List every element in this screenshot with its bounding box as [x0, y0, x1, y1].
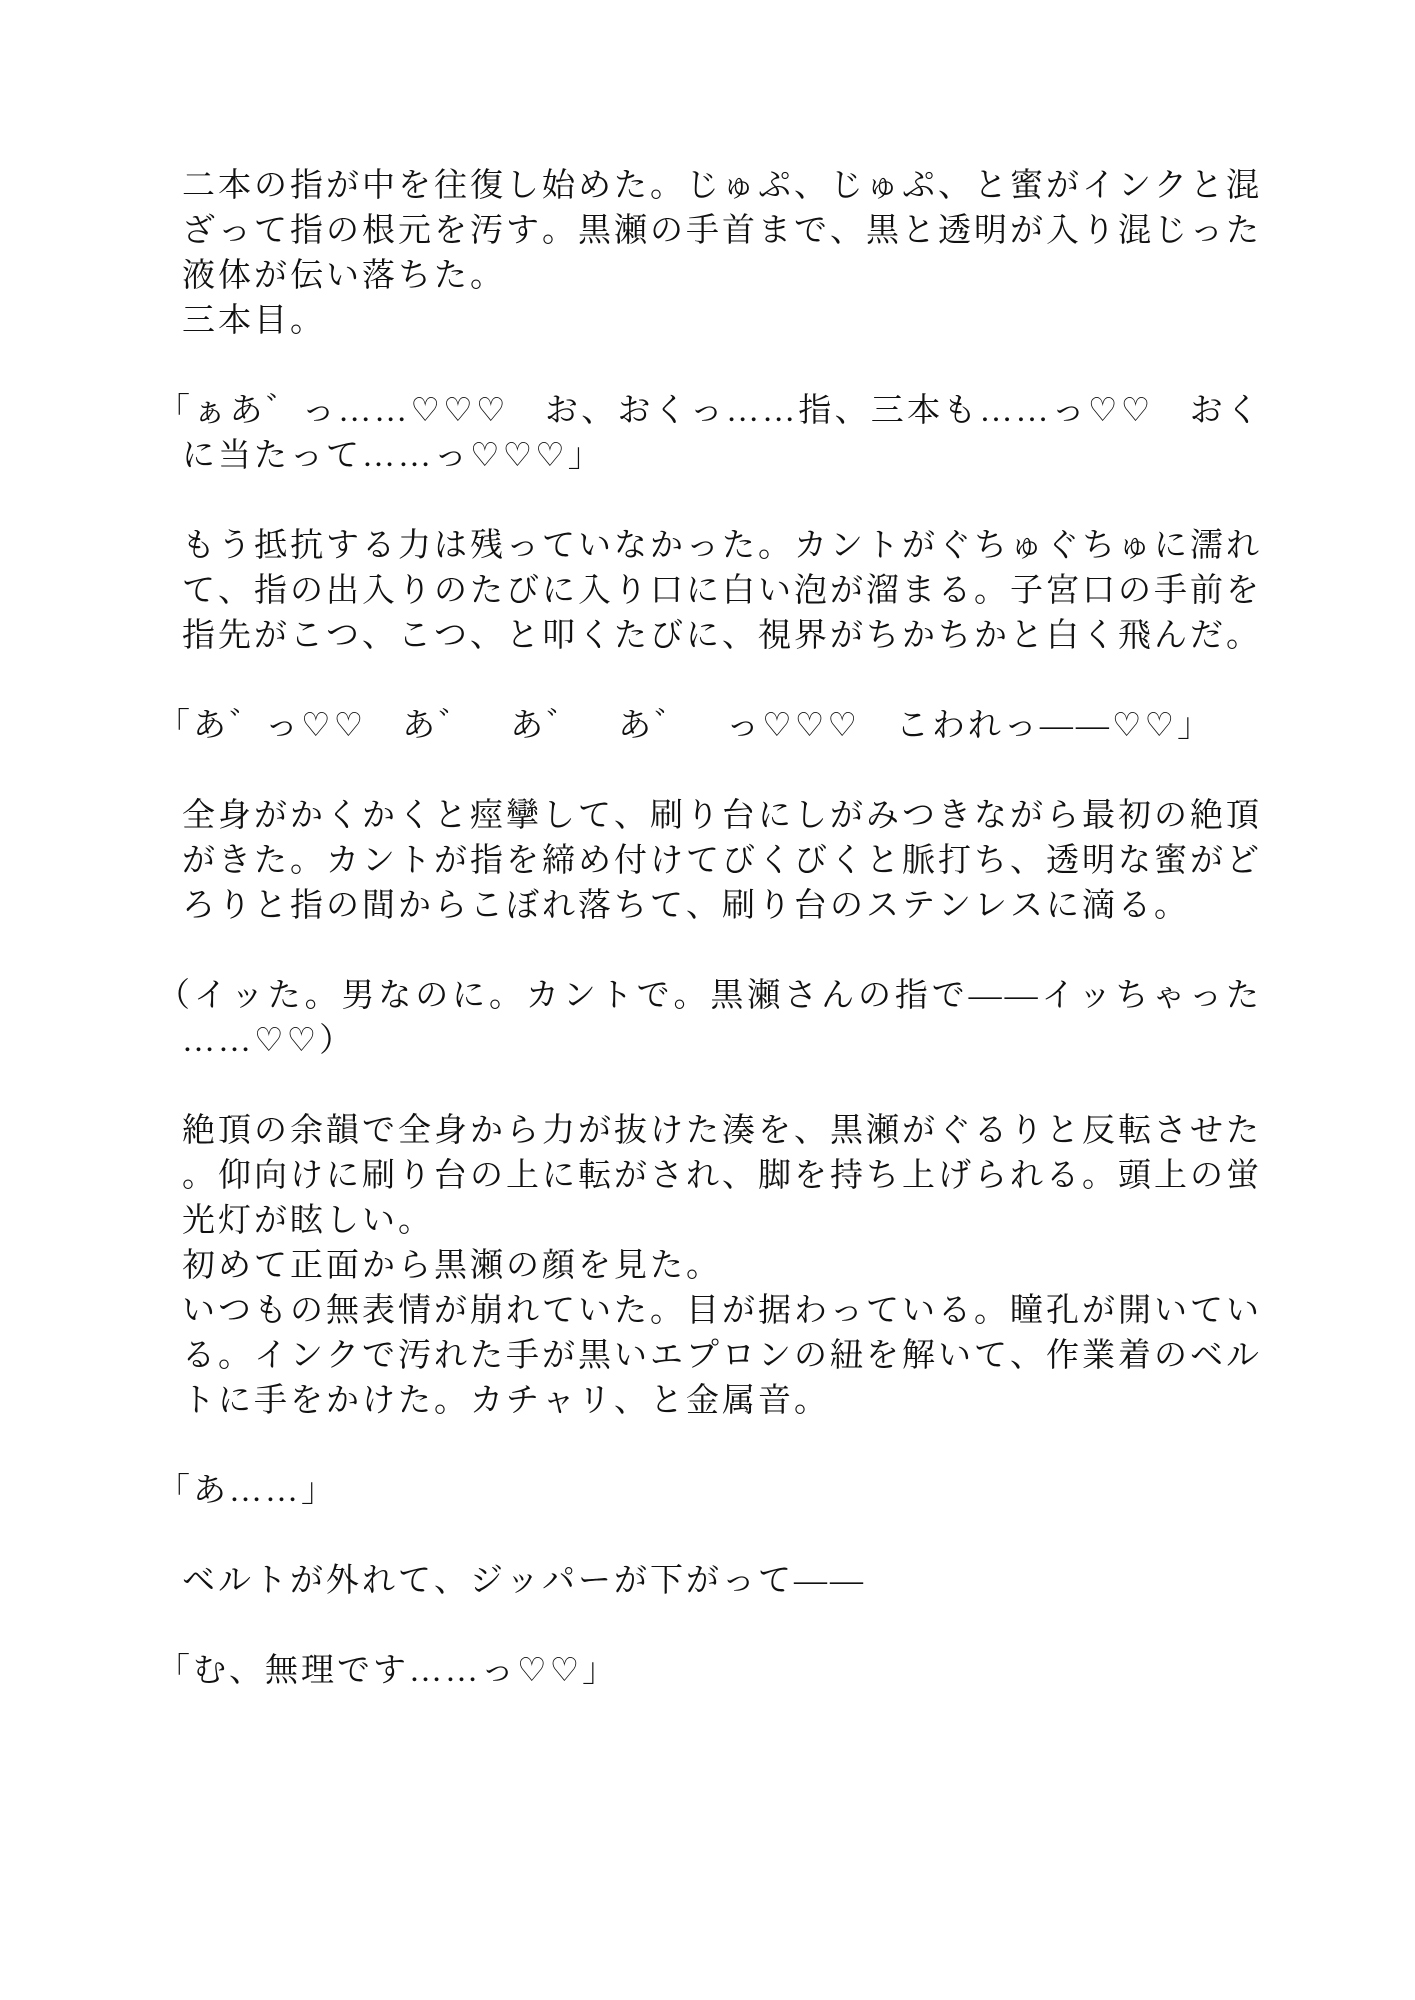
text-line: 絶頂の余韻で全身から力が抜けた湊を、黒瀬がぐるりと反転させた。仰向けに刷り台の上…	[182, 1109, 1262, 1244]
paragraph: 「ぁあ゛っ……♡♡♡ お、おくっ……指、三本も……っ♡♡ おくに当たって……っ♡…	[182, 389, 1262, 479]
text-line: 「あ……」	[182, 1469, 1262, 1514]
paragraph: 「む、無理です……っ♡♡」	[182, 1649, 1262, 1694]
page: 二本の指が中を往復し始めた。じゅぷ、じゅぷ、と蜜がインクと混ざって指の根元を汚す…	[0, 0, 1415, 2000]
paragraph: ベルトが外れて、ジッパーが下がって——	[182, 1559, 1262, 1604]
text-line: 「む、無理です……っ♡♡」	[182, 1649, 1262, 1694]
text-line: ベルトが外れて、ジッパーが下がって——	[182, 1559, 1262, 1604]
paragraph: （イッた。男なのに。カントで。黒瀬さんの指で——イッちゃった……♡♡）	[182, 974, 1262, 1064]
text-line: 二本の指が中を往復し始めた。じゅぷ、じゅぷ、と蜜がインクと混ざって指の根元を汚す…	[182, 164, 1262, 299]
text-line: もう抵抗する力は残っていなかった。カントがぐちゅぐちゅに濡れて、指の出入りのたび…	[182, 524, 1262, 659]
paragraph: 絶頂の余韻で全身から力が抜けた湊を、黒瀬がぐるりと反転させた。仰向けに刷り台の上…	[182, 1109, 1262, 1424]
paragraph: もう抵抗する力は残っていなかった。カントがぐちゅぐちゅに濡れて、指の出入りのたび…	[182, 524, 1262, 659]
text-line: いつもの無表情が崩れていた。目が据わっている。瞳孔が開いている。インクで汚れた手…	[182, 1289, 1262, 1424]
text-line: 「あ゛っ♡♡ あ゛ あ゛ あ゛ っ♡♡♡ こわれっ——♡♡」	[182, 704, 1262, 749]
text-body: 二本の指が中を往復し始めた。じゅぷ、じゅぷ、と蜜がインクと混ざって指の根元を汚す…	[182, 164, 1262, 1694]
text-line: 初めて正面から黒瀬の顔を見た。	[182, 1244, 1262, 1289]
text-line: （イッた。男なのに。カントで。黒瀬さんの指で——イッちゃった……♡♡）	[182, 974, 1262, 1064]
text-line: 全身がかくかくと痙攣して、刷り台にしがみつきながら最初の絶頂がきた。カントが指を…	[182, 794, 1262, 929]
paragraph: 全身がかくかくと痙攣して、刷り台にしがみつきながら最初の絶頂がきた。カントが指を…	[182, 794, 1262, 929]
text-line: 三本目。	[182, 299, 1262, 344]
paragraph: 「あ゛っ♡♡ あ゛ あ゛ あ゛ っ♡♡♡ こわれっ——♡♡」	[182, 704, 1262, 749]
text-line: 「ぁあ゛っ……♡♡♡ お、おくっ……指、三本も……っ♡♡ おくに当たって……っ♡…	[182, 389, 1262, 479]
paragraph: 二本の指が中を往復し始めた。じゅぷ、じゅぷ、と蜜がインクと混ざって指の根元を汚す…	[182, 164, 1262, 344]
paragraph: 「あ……」	[182, 1469, 1262, 1514]
